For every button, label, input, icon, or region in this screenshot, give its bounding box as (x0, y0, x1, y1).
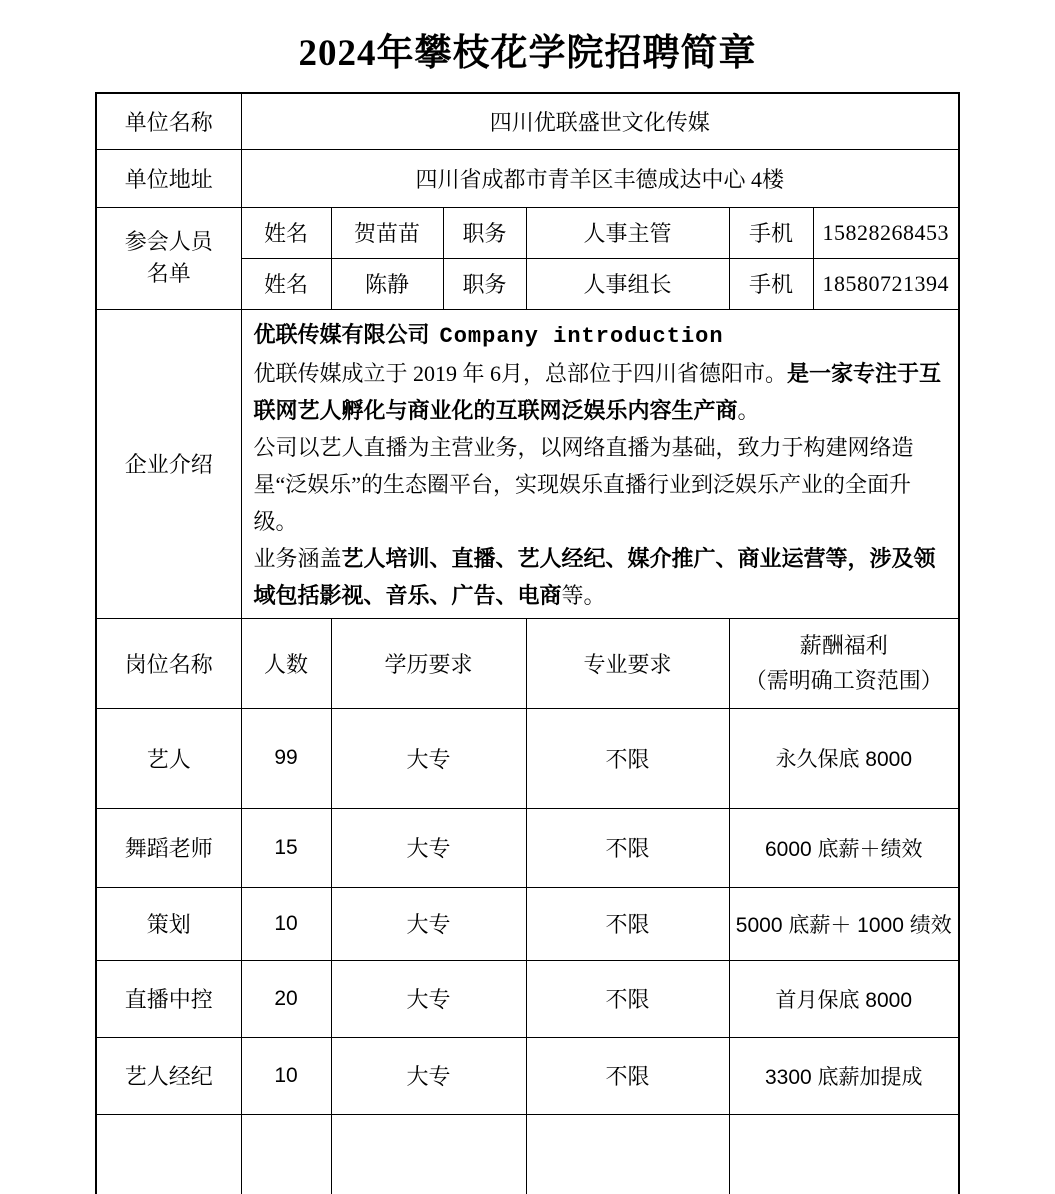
unit-address-label: 单位地址 (96, 149, 241, 207)
header-major: 专业要求 (526, 618, 729, 708)
intro-text: 业务涵盖 (254, 546, 342, 571)
attendee-name: 陈静 (331, 258, 443, 309)
job-position: 策划 (96, 887, 241, 960)
attendee-phone-label: 手机 (729, 207, 813, 258)
table-row: 艺人 99 大专 不限 永久保底 8000 (96, 708, 959, 808)
header-count: 人数 (241, 618, 331, 708)
table-row: 参会人员 名单 姓名 贺苗苗 职务 人事主管 手机 15828268453 (96, 207, 959, 258)
job-education: 大专 (331, 808, 526, 887)
company-intro-label: 企业介绍 (96, 309, 241, 618)
job-count (241, 1114, 331, 1194)
job-education (331, 1114, 526, 1194)
table-row: 艺人经纪 10 大专 不限 3300 底薪加提成 (96, 1037, 959, 1114)
job-count: 10 (241, 1037, 331, 1114)
unit-name-value: 四川优联盛世文化传媒 (241, 93, 959, 149)
table-row: 企业介绍 优联传媒有限公司Company introduction 优联传媒成立… (96, 309, 959, 618)
table-row: 策划 10 大专 不限 5000 底薪＋ 1000 绩效 (96, 887, 959, 960)
job-education: 大专 (331, 1037, 526, 1114)
job-position: 直播中控 (96, 960, 241, 1037)
intro-paragraph-1: 优联传媒成立于 2019 年 6月，总部位于四川省德阳市。是一家专注于互联网艺人… (254, 355, 951, 429)
intro-text: 公司以艺人直播为主营业务，以网络直播为基础，致力于构建网络造星“泛娱乐”的生态圈… (254, 435, 914, 534)
intro-heading-en: Company introduction (440, 324, 724, 349)
job-major: 不限 (526, 1037, 729, 1114)
attendee-name-label: 姓名 (241, 207, 331, 258)
header-position: 岗位名称 (96, 618, 241, 708)
attendee-title-label: 职务 (443, 258, 526, 309)
table-row: 舞蹈老师 15 大专 不限 6000 底薪＋绩效 (96, 808, 959, 887)
job-count: 15 (241, 808, 331, 887)
table-row: 单位名称 四川优联盛世文化传媒 (96, 93, 959, 149)
attendees-label: 参会人员 名单 (96, 207, 241, 309)
company-intro: 优联传媒有限公司Company introduction 优联传媒成立于 201… (241, 309, 959, 618)
job-major (526, 1114, 729, 1194)
intro-text: 优联传媒成立于 2019 年 6月，总部位于四川省德阳市。 (254, 361, 788, 386)
intro-paragraph-3: 业务涵盖艺人培训、直播、艺人经纪、媒介推广、商业运营等，涉及领域包括影视、音乐、… (254, 540, 951, 614)
header-education: 学历要求 (331, 618, 526, 708)
job-major: 不限 (526, 708, 729, 808)
intro-heading-cn: 优联传媒有限公司 (254, 322, 430, 347)
intro-paragraph-2: 公司以艺人直播为主营业务，以网络直播为基础，致力于构建网络造星“泛娱乐”的生态圈… (254, 429, 951, 540)
job-major: 不限 (526, 960, 729, 1037)
attendee-title: 人事组长 (526, 258, 729, 309)
attendee-title: 人事主管 (526, 207, 729, 258)
job-count: 99 (241, 708, 331, 808)
attendee-phone-label: 手机 (729, 258, 813, 309)
job-salary: 3300 底薪加提成 (729, 1037, 959, 1114)
table-row-empty (96, 1114, 959, 1194)
intro-heading: 优联传媒有限公司Company introduction (254, 316, 951, 355)
attendee-phone: 15828268453 (813, 207, 959, 258)
header-salary: 薪酬福利 （需明确工资范围） (729, 618, 959, 708)
job-major: 不限 (526, 887, 729, 960)
table-row: 直播中控 20 大专 不限 首月保底 8000 (96, 960, 959, 1037)
intro-text: 等。 (562, 583, 606, 608)
unit-name-label: 单位名称 (96, 93, 241, 149)
job-education: 大专 (331, 960, 526, 1037)
job-education: 大专 (331, 887, 526, 960)
table-row: 单位地址 四川省成都市青羊区丰德成达中心 4楼 (96, 149, 959, 207)
job-position: 艺人 (96, 708, 241, 808)
attendee-phone: 18580721394 (813, 258, 959, 309)
job-salary (729, 1114, 959, 1194)
unit-address-value: 四川省成都市青羊区丰德成达中心 4楼 (241, 149, 959, 207)
job-position: 舞蹈老师 (96, 808, 241, 887)
attendee-title-label: 职务 (443, 207, 526, 258)
job-count: 10 (241, 887, 331, 960)
job-salary: 6000 底薪＋绩效 (729, 808, 959, 887)
job-salary: 首月保底 8000 (729, 960, 959, 1037)
page-title: 2024年攀枝花学院招聘简章 (0, 0, 1055, 76)
recruitment-table: 单位名称 四川优联盛世文化传媒 单位地址 四川省成都市青羊区丰德成达中心 4楼 … (95, 92, 960, 1194)
job-salary: 5000 底薪＋ 1000 绩效 (729, 887, 959, 960)
table-header-row: 岗位名称 人数 学历要求 专业要求 薪酬福利 （需明确工资范围） (96, 618, 959, 708)
job-count: 20 (241, 960, 331, 1037)
intro-text: 。 (738, 398, 760, 423)
attendee-name-label: 姓名 (241, 258, 331, 309)
attendee-name: 贺苗苗 (331, 207, 443, 258)
job-position (96, 1114, 241, 1194)
job-salary: 永久保底 8000 (729, 708, 959, 808)
job-major: 不限 (526, 808, 729, 887)
job-education: 大专 (331, 708, 526, 808)
job-position: 艺人经纪 (96, 1037, 241, 1114)
